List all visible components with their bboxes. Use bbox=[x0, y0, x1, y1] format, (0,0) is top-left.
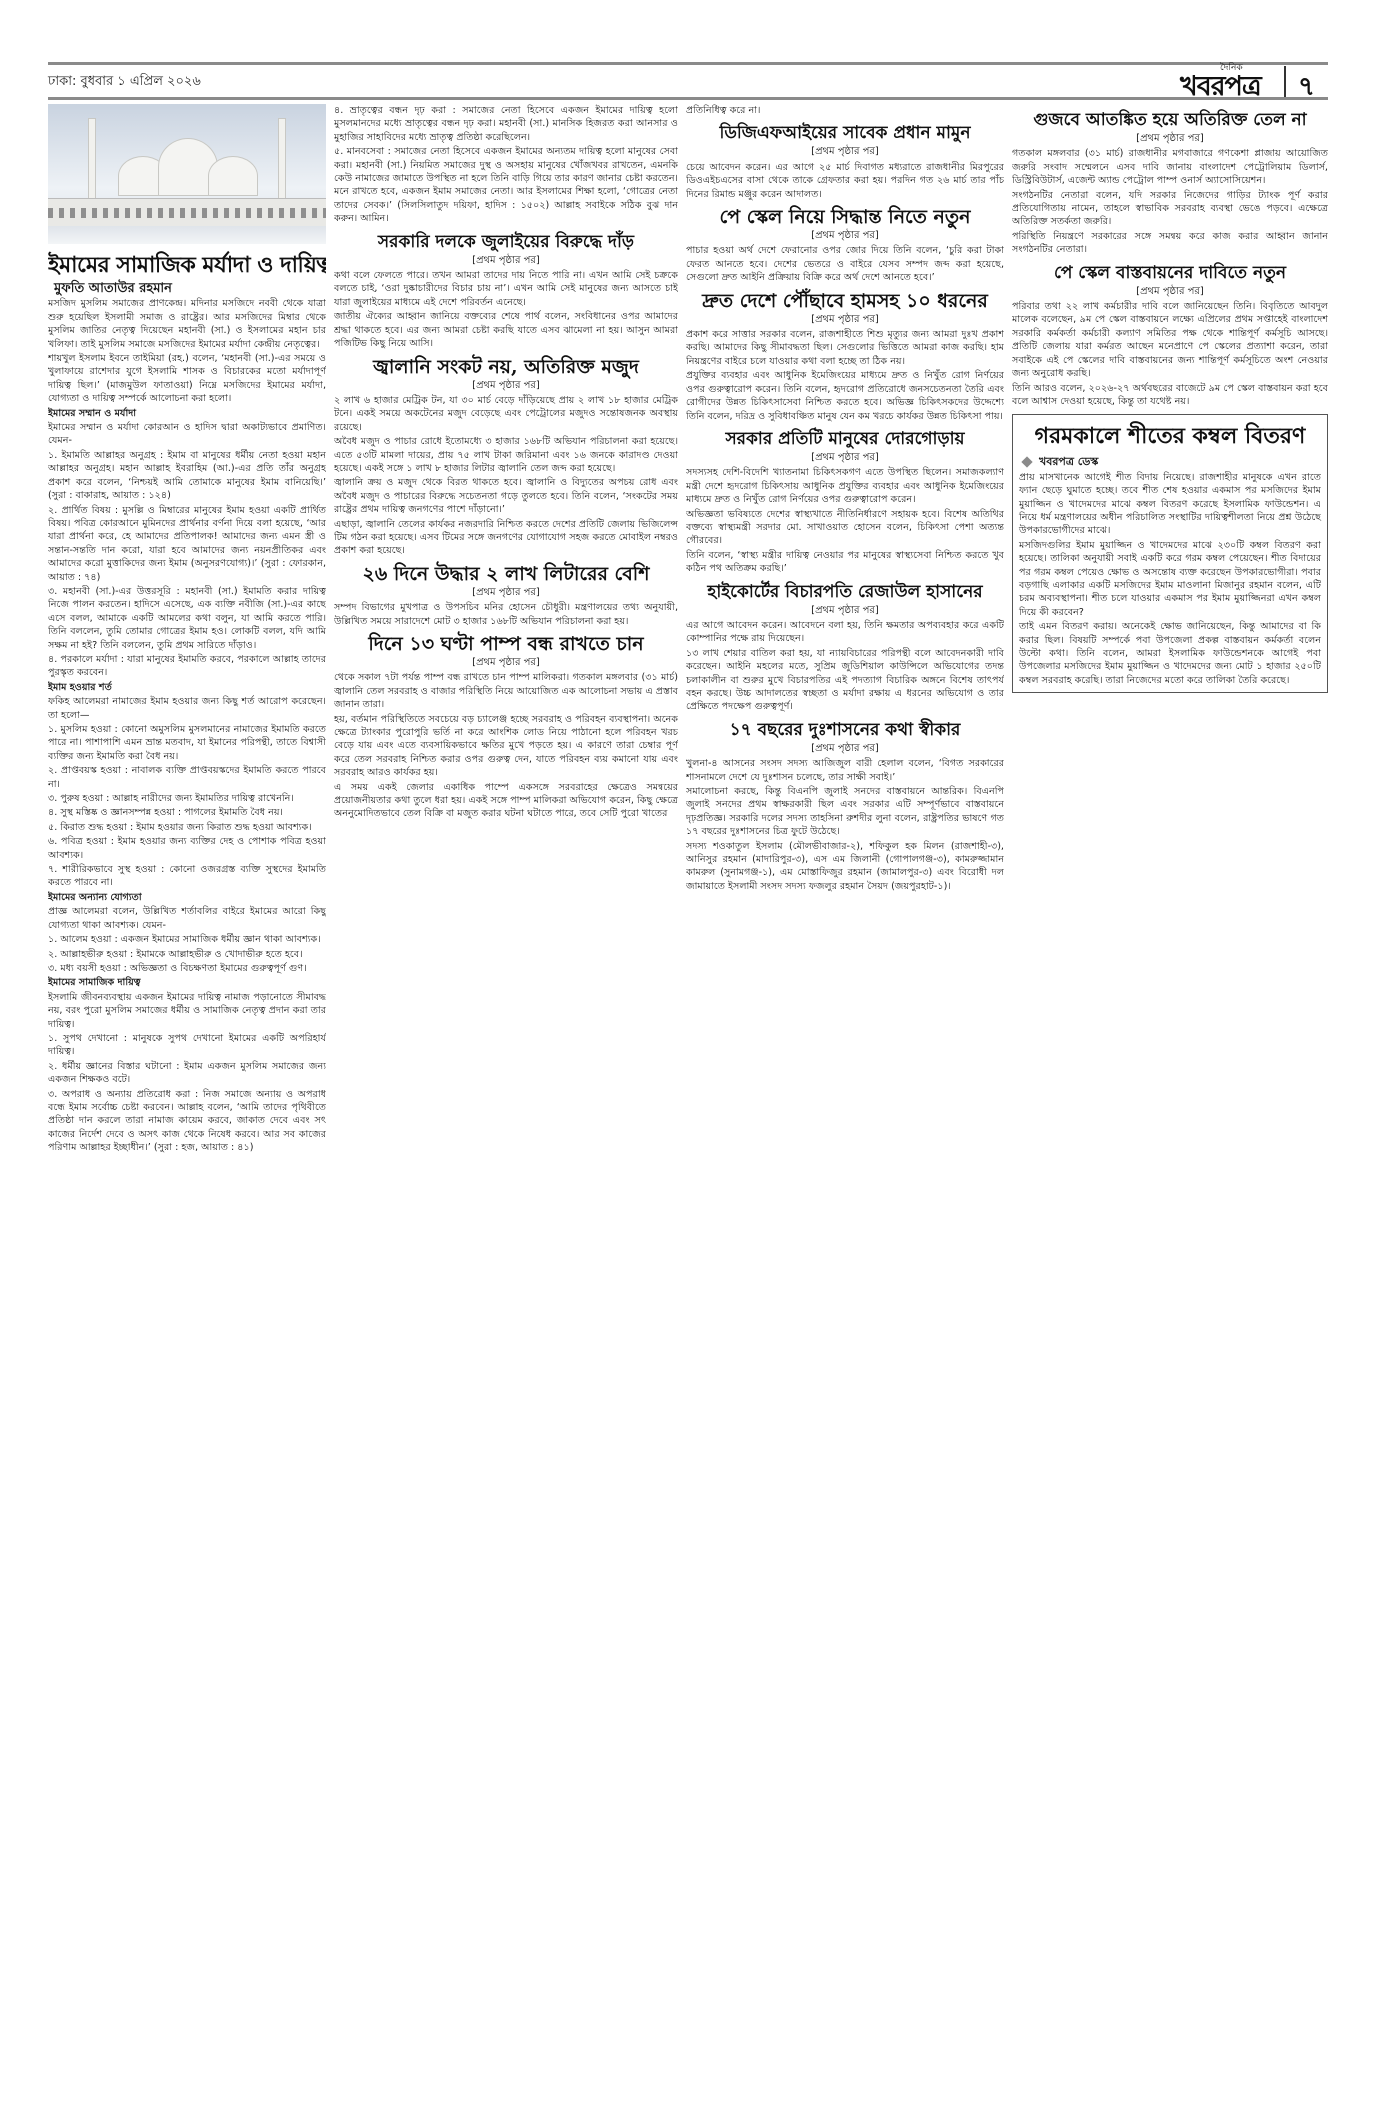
diamond-bullet-icon bbox=[1021, 456, 1032, 467]
paragraph: ৪. সুস্থ মস্তিষ্ক ও জ্ঞানসম্পন্ন হওয়া :… bbox=[48, 806, 326, 819]
paragraph: ২. প্রার্থিত বিষয় : মুসল্লি ও মিম্বারের… bbox=[48, 504, 326, 584]
paragraph: গতকাল মঙ্গলবার (৩১ মার্চ) রাজধানীর মগবাজ… bbox=[1012, 147, 1328, 187]
paragraph: প্রকাশ করে সাত্তার সরকার বলেন, রাজশাহীতে… bbox=[686, 328, 1004, 368]
mosque-arches bbox=[48, 208, 326, 218]
article-headline: জ্বালানি সংকট নয়, অতিরিক্ত মজুদ bbox=[334, 355, 678, 379]
subheading: ইমামের অন্যান্য যোগ্যতা bbox=[48, 891, 326, 904]
paragraph: এর আগে আবেদন করেন। আবেদনে বলা হয়, তিনি … bbox=[686, 619, 1004, 646]
boxed-article: গরমকালে শীতের কম্বল বিতরণ খবরপত্র ডেস্ক … bbox=[1012, 414, 1328, 693]
paragraph: অভিজ্ঞতা ভবিষ্যতে দেশের স্বাস্থ্যখাতে নী… bbox=[686, 508, 1004, 548]
paragraph: সদস্যসহ দেশি-বিদেশি খ্যাতনামা চিকিৎসকগণ … bbox=[686, 466, 1004, 506]
paragraph: ৪. পরকালে মর্যাদা : যারা মানুষের ইমামতি … bbox=[48, 653, 326, 680]
paragraph: এ সময় একই জেলার একাধিক পাম্পে একসঙ্গে স… bbox=[334, 781, 678, 821]
continuation-label: [প্রথম পৃষ্ঠার পর] bbox=[1012, 132, 1328, 145]
paragraph: এছাড়া, জ্বালানি তেলের কার্যকর নজরদারি ন… bbox=[334, 518, 678, 558]
masthead: দৈনিক খবরপত্র ৭ bbox=[1180, 60, 1330, 100]
article-headline: হাইকোর্টের বিচারপতি রেজাউল হাসানের bbox=[686, 580, 1004, 604]
paragraph: ১৩ লাখ শেয়ার বাতিল করা হয়, যা ন্যায়বি… bbox=[686, 647, 1004, 714]
column-2: ৪. ভ্রাতৃত্বের বন্ধন দৃঢ় করা : সমাজের ন… bbox=[334, 104, 678, 2055]
article-headline: ইমামের সামাজিক মর্যাদা ও দায়িত্ব bbox=[48, 250, 326, 280]
continuation-label: [প্রথম পৃষ্ঠার পর] bbox=[334, 586, 678, 599]
paragraph: ২ লাখ ৬ হাজার মেট্রিক টন, যা ৩০ মার্চ বে… bbox=[334, 394, 678, 434]
paragraph: ৫. মানবসেবা : সমাজের নেতা হিসেবে একজন ইম… bbox=[334, 145, 678, 225]
article-headline: সরকারি দলকে জুলাইয়ের বিরুদ্ধে দাঁড় bbox=[334, 230, 678, 254]
header-rule-top bbox=[48, 62, 1328, 65]
continuation-label: [প্রথম পৃষ্ঠার পর] bbox=[686, 145, 1004, 158]
continuation-label: [প্রথম পৃষ্ঠার পর] bbox=[686, 313, 1004, 326]
paragraph: ১. সুপথ দেখানো : মানুষকে সুপথ দেখানো ইমা… bbox=[48, 1032, 326, 1059]
paragraph: ৩. পুরুষ হওয়া : আল্লাহ নারীদের জন্য ইমা… bbox=[48, 792, 326, 805]
column-3: প্রতিনিধিত্ব করে না। ডিজিএফআইয়ের সাবেক … bbox=[686, 104, 1004, 2055]
article-headline: ২৬ দিনে উদ্ধার ২ লাখ লিটারের বেশি bbox=[334, 562, 678, 586]
paragraph: থেকে সকাল ৭টা পর্যন্ত পাম্প বন্ধ রাখতে চ… bbox=[334, 671, 678, 711]
paragraph: জ্বালানি ক্রয় ও মজুদ থেকে বিরত থাকতে হব… bbox=[334, 476, 678, 516]
paragraph: পাচার হওয়া অর্থ দেশে ফেরানোর ওপর জোর দি… bbox=[686, 244, 1004, 284]
article-headline: সরকার প্রতিটি মানুষের দোরগোড়ায় bbox=[686, 427, 1004, 451]
continuation-label: [প্রথম পৃষ্ঠার পর] bbox=[1012, 285, 1328, 298]
paragraph: ২. আল্লাহভীরু হওয়া : ইমামকে আল্লাহভীরু … bbox=[48, 948, 326, 961]
article-headline: দিনে ১৩ ঘণ্টা পাম্প বন্ধ রাখতে চান bbox=[334, 632, 678, 656]
paragraph: খুলনা-৪ আসনের সংসদ সদস্য আজিজুল বারী হেল… bbox=[686, 757, 1004, 784]
paragraph: চেয়ে আবেদন করেন। এর আগে ২৫ মার্চ দিবাগত… bbox=[686, 161, 1004, 201]
paragraph: মসজিদ মুসলিম সমাজের প্রাণকেন্দ্র। মদিনার… bbox=[48, 297, 326, 351]
article-headline: গুজবে আতঙ্কিত হয়ে অতিরিক্ত তেল না bbox=[1012, 108, 1328, 132]
paragraph: ইসলামি জীবনব্যবস্থায় একজন ইমামের দায়িত… bbox=[48, 991, 326, 1031]
article-headline: গরমকালে শীতের কম্বল বিতরণ bbox=[1019, 419, 1321, 453]
paragraph: প্রায় মাসখানেক আগেই শীত বিদায় নিয়েছে।… bbox=[1019, 471, 1321, 538]
paragraph: সমালোচনা করছে, কিন্তু বিএনপি জুলাই সনদের… bbox=[686, 785, 1004, 839]
dome-small-right bbox=[208, 156, 258, 196]
paragraph: প্রযুক্তির ব্যবহার এবং আধুনিক ইমেজিংয়ের… bbox=[686, 369, 1004, 423]
paragraph: সংগঠনটির নেতারা বলেন, যদি সরকার নিজেদের … bbox=[1012, 189, 1328, 229]
desk-credit: খবরপত্র ডেস্ক bbox=[1019, 455, 1321, 468]
paragraph: ১. মুসলিম হওয়া : কোনো অমুসলিম মুসলমানের… bbox=[48, 723, 326, 763]
continuation-label: [প্রথম পৃষ্ঠার পর] bbox=[686, 451, 1004, 464]
continuation-label: [প্রথম পৃষ্ঠার পর] bbox=[686, 229, 1004, 242]
paragraph: ২. প্রাপ্তবয়স্ক হওয়া : নাবালক ব্যক্তি … bbox=[48, 764, 326, 791]
article-headline: পে স্কেল বাস্তবায়নের দাবিতে নতুন bbox=[1012, 261, 1328, 285]
paragraph: ২. ধর্মীয় জ্ঞানের বিস্তার ঘটানো : ইমাম … bbox=[48, 1060, 326, 1087]
paragraph: ইমামের সম্মান ও মর্যাদা কোরআন ও হাদিস দ্… bbox=[48, 421, 326, 448]
paragraph: ৩. মধ্য বয়সী হওয়া : অভিজ্ঞতা ও বিচক্ষণ… bbox=[48, 962, 326, 975]
paragraph: ৫. কিরাত শুদ্ধ হওয়া : ইমাম হওয়ার জন্য … bbox=[48, 821, 326, 834]
continuation-label: [প্রথম পৃষ্ঠার পর] bbox=[686, 604, 1004, 617]
paragraph: শায়খুল ইসলাম ইবনে তাইমিয়া (রহ.) বলেন, … bbox=[48, 352, 326, 406]
dateline: ঢাকা: বুধবার ১ এপ্রিল ২০২৬ bbox=[48, 72, 201, 93]
desk-label: খবরপত্র ডেস্ক bbox=[1039, 455, 1098, 468]
continuation-label: [প্রথম পৃষ্ঠার পর] bbox=[334, 254, 678, 267]
paragraph: তাই এমন বিতরণ করায়। অনেকেই ক্ষোভ জানিয়… bbox=[1019, 620, 1321, 687]
continuation-label: [প্রথম পৃষ্ঠার পর] bbox=[334, 656, 678, 669]
paragraph: জাতীয় ঐক্যের আহ্বান জানিয়ে বক্তব্যের শ… bbox=[334, 310, 678, 350]
header-rule-bottom bbox=[48, 97, 1328, 100]
paragraph: ৭. শারীরিকভাবে সুস্থ হওয়া : কোনো ওজরগ্র… bbox=[48, 863, 326, 890]
paragraph: প্রতিনিধিত্ব করে না। bbox=[686, 104, 1004, 117]
paragraph: পরিস্থিতি নিয়ন্ত্রণে সরকারের সঙ্গে সমন্… bbox=[1012, 230, 1328, 257]
paragraph: কথা বলে ফেলতে পারে। তখন আমরা তাদের দায় … bbox=[334, 269, 678, 309]
paragraph: অবৈধ মজুদ ও পাচার রোধে ইতোমধ্যে ৩ হাজার … bbox=[334, 435, 678, 475]
paragraph: তিনি আরও বলেন, ২০২৬-২৭ অর্থবছরের বাজেটে … bbox=[1012, 382, 1328, 409]
paragraph: ৩. অপরাধ ও অন্যায় প্রতিরোধ করা : নিজ সম… bbox=[48, 1088, 326, 1155]
paragraph: প্রাজ্ঞ আলেমরা বলেন, উল্লিখিত শর্তাবলির … bbox=[48, 905, 326, 932]
paragraph: ৬. পবিত্র হওয়া : ইমাম হওয়ার জন্য ব্যক্… bbox=[48, 835, 326, 862]
paragraph: ৪. ভ্রাতৃত্বের বন্ধন দৃঢ় করা : সমাজের ন… bbox=[334, 104, 678, 144]
reflecting-pool bbox=[48, 226, 326, 244]
paragraph: ৩. মহানবী (সা.)-এর উত্তরসূরি : মহানবী (স… bbox=[48, 585, 326, 652]
paragraph: তিনি বলেন, ‘স্বাস্থ্য মন্ত্রীর দায়িত্ব … bbox=[686, 549, 1004, 576]
paragraph: ১. ইমামতি আল্লাহর অনুগ্রহ : ইমাম বা মানু… bbox=[48, 449, 326, 503]
subheading: ইমামের সামাজিক দায়িত্ব bbox=[48, 976, 326, 989]
continuation-label: [প্রথম পৃষ্ঠার পর] bbox=[334, 379, 678, 392]
subheading: ইমাম হওয়ার শর্ত bbox=[48, 681, 326, 694]
byline: মুফতি আতাউর রহমান bbox=[54, 282, 326, 295]
paragraph: পরিবার তথা ২২ লাখ কর্মচারীর দাবি বলে জান… bbox=[1012, 300, 1328, 380]
paragraph: সম্পদ বিভাগের মুখপাত্র ও উপসচিব মনির হোস… bbox=[334, 601, 678, 628]
paragraph: মসজিদগুলির ইমাম মুয়াজ্জিন ও খাদেমদের মা… bbox=[1019, 539, 1321, 619]
paragraph: সদস্য শওকাতুল ইসলাম (মৌলভীবাজার-২), শফিক… bbox=[686, 840, 1004, 894]
article-headline: দ্রুত দেশে পৌঁছাবে হামসহ ১০ ধরনের bbox=[686, 289, 1004, 313]
column-4: গুজবে আতঙ্কিত হয়ে অতিরিক্ত তেল না [প্রথ… bbox=[1012, 104, 1328, 2055]
continuation-label: [প্রথম পৃষ্ঠার পর] bbox=[686, 742, 1004, 755]
subheading: ইমামের সম্মান ও মর্যাদা bbox=[48, 407, 326, 420]
mosque-image bbox=[48, 104, 326, 244]
paragraph: ফকিহ আলেমরা নামাজের ইমাম হওয়ার জন্য কিছ… bbox=[48, 695, 326, 722]
paragraph: হয়, বর্তমান পরিস্থিতিতে সবচেয়ে বড় চ্য… bbox=[334, 713, 678, 780]
masthead-divider bbox=[1284, 66, 1286, 98]
article-headline: ডিজিএফআইয়ের সাবেক প্রধান মামুন bbox=[686, 121, 1004, 145]
article-headline: ১৭ বছরের দুঃশাসনের কথা স্বীকার bbox=[686, 718, 1004, 742]
paragraph: ১. আলেম হওয়া : একজন ইমামের সামাজিক ধর্ম… bbox=[48, 933, 326, 946]
article-headline: পে স্কেল নিয়ে সিদ্ধান্ত নিতে নতুন bbox=[686, 205, 1004, 229]
column-1: ইমামের সামাজিক মর্যাদা ও দায়িত্ব মুফতি … bbox=[48, 104, 326, 2055]
